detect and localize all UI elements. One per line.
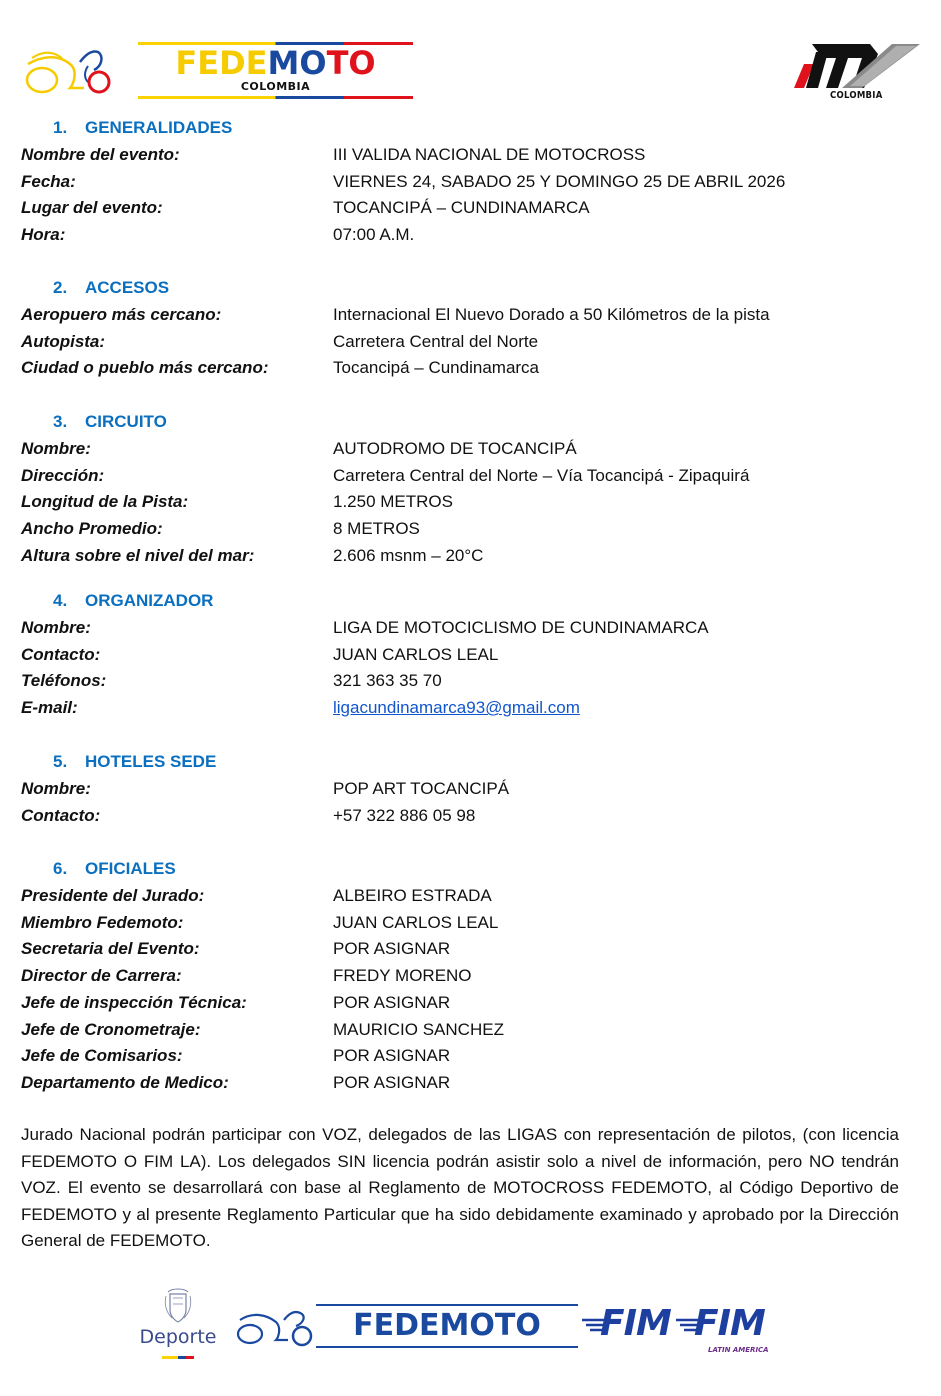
field-label: Teléfonos:: [21, 671, 106, 691]
flag-stripe: [162, 1356, 194, 1359]
section-number: 4.: [53, 591, 85, 611]
field-label: Ciudad o pueblo más cercano:: [21, 358, 269, 378]
info-row: Contacto:+57 322 886 05 98: [21, 806, 921, 832]
info-row: Fecha:VIERNES 24, SABADO 25 Y DOMINGO 25…: [21, 172, 921, 198]
field-label: Departamento de Medico:: [21, 1073, 229, 1093]
info-row: Ancho Promedio:8 METROS: [21, 519, 921, 545]
field-value: 07:00 A.M.: [333, 225, 414, 245]
info-row: Teléfonos: 321 363 35 70: [21, 671, 921, 697]
field-value: III VALIDA NACIONAL DE MOTOCROSS: [333, 145, 645, 165]
info-row: E-mail:ligacundinamarca93@gmail.com: [21, 698, 921, 724]
flag-stripe: [138, 96, 413, 99]
section-number: 5.: [53, 752, 85, 772]
field-value: Internacional El Nuevo Dorado a 50 Kilóm…: [333, 305, 770, 325]
mx-colombia-logo: COLOMBIA: [792, 42, 924, 104]
field-label: Secretaria del Evento:: [21, 939, 200, 959]
fedemoto-wordmark: FEDEMOTO COLOMBIA: [138, 40, 413, 102]
field-label: Lugar del evento:: [21, 198, 163, 218]
field-value: POP ART TOCANCIPÁ: [333, 779, 509, 799]
info-row: Ciudad o pueblo más cercano:Tocancipá – …: [21, 358, 921, 384]
info-row: Nombre:POP ART TOCANCIPÁ: [21, 779, 921, 805]
field-label: Contacto:: [21, 645, 100, 665]
field-value: VIERNES 24, SABADO 25 Y DOMINGO 25 DE AB…: [333, 172, 785, 192]
field-label: Aeropuero más cercano:: [21, 305, 221, 325]
info-row: Jefe de inspección Técnica:POR ASIGNAR: [21, 993, 921, 1019]
info-row: Nombre del evento:III VALIDA NACIONAL DE…: [21, 145, 921, 171]
info-row: Departamento de Medico:POR ASIGNAR: [21, 1073, 921, 1099]
field-label: Jefe de Cronometraje:: [21, 1020, 201, 1040]
section-title: ACCESOS: [85, 278, 169, 297]
fim-text: FIM: [600, 1302, 671, 1346]
field-value: POR ASIGNAR: [333, 993, 450, 1013]
fim-la-subtitle: LATIN AMERICA: [708, 1346, 769, 1354]
field-label: Nombre:: [21, 439, 91, 459]
info-row: Autopista:Carretera Central del Norte: [21, 332, 921, 358]
info-row: Aeropuero más cercano:Internacional El N…: [21, 305, 921, 331]
motorcycle-icon: [236, 1308, 316, 1348]
field-value: 8 METROS: [333, 519, 420, 539]
field-value: ligacundinamarca93@gmail.com: [333, 698, 580, 718]
section-title: ORGANIZADOR: [85, 591, 213, 610]
logo-subtitle: COLOMBIA: [138, 80, 413, 93]
info-row: Jefe de Comisarios:POR ASIGNAR: [21, 1046, 921, 1072]
field-value: Tocancipá – Cundinamarca: [333, 358, 539, 378]
field-value: 1.250 METROS: [333, 492, 453, 512]
fedemoto-footer-logo: FEDEMOTO: [316, 1304, 578, 1348]
field-value: POR ASIGNAR: [333, 939, 450, 959]
field-label: Jefe de Comisarios:: [21, 1046, 183, 1066]
field-label: E-mail:: [21, 698, 78, 718]
section-heading: 5.HOTELES SEDE: [53, 752, 216, 772]
section-number: 3.: [53, 412, 85, 432]
field-label: Ancho Promedio:: [21, 519, 163, 539]
sponsor-footer: Deporte FEDEMOTO FIM FIM LATIN AMERICA: [0, 1280, 941, 1380]
field-label: Dirección:: [21, 466, 104, 486]
deporte-label: Deporte: [133, 1326, 223, 1348]
info-row: Nombre:AUTODROMO DE TOCANCIPÁ: [21, 439, 921, 465]
field-value: AUTODROMO DE TOCANCIPÁ: [333, 439, 577, 459]
info-row: Director de Carrera:FREDY MORENO: [21, 966, 921, 992]
info-row: Presidente del Jurado:ALBEIRO ESTRADA: [21, 886, 921, 912]
field-value: POR ASIGNAR: [333, 1073, 450, 1093]
email-link[interactable]: ligacundinamarca93@gmail.com: [333, 698, 580, 717]
info-row: Dirección:Carretera Central del Norte – …: [21, 466, 921, 492]
info-row: Hora:07:00 A.M.: [21, 225, 921, 251]
fim-la-text: FIM: [694, 1302, 765, 1346]
section-heading: 2.ACCESOS: [53, 278, 169, 298]
section-title: GENERALIDADES: [85, 118, 232, 137]
page-header: FEDEMOTO COLOMBIA COLOMBIA: [0, 0, 941, 110]
field-label: Nombre:: [21, 618, 91, 638]
field-value: +57 322 886 05 98: [333, 806, 475, 826]
logo-text-to: TO: [327, 44, 376, 82]
field-label: Fecha:: [21, 172, 76, 192]
field-label: Contacto:: [21, 806, 100, 826]
info-row: Nombre:LIGA DE MOTOCICLISMO DE CUNDINAMA…: [21, 618, 921, 644]
field-value: Carretera Central del Norte: [333, 332, 538, 352]
info-row: Altura sobre el nivel del mar:2.606 msnm…: [21, 546, 921, 572]
info-row: Jefe de Cronometraje:MAURICIO SANCHEZ: [21, 1020, 921, 1046]
field-label: Presidente del Jurado:: [21, 886, 204, 906]
field-value: TOCANCIPÁ – CUNDINAMARCA: [333, 198, 590, 218]
motorcycle-icon: [22, 44, 117, 98]
field-label: Nombre:: [21, 779, 91, 799]
field-label: Jefe de inspección Técnica:: [21, 993, 247, 1013]
regulation-paragraph: Jurado Nacional podrán participar con VO…: [21, 1122, 899, 1255]
field-value: Carretera Central del Norte – Vía Tocanc…: [333, 466, 749, 486]
field-label: Autopista:: [21, 332, 105, 352]
field-label: Miembro Fedemoto:: [21, 913, 183, 933]
section-title: HOTELES SEDE: [85, 752, 216, 771]
info-row: Secretaria del Evento:POR ASIGNAR: [21, 939, 921, 965]
coat-of-arms-icon: [162, 1286, 194, 1326]
section-heading: 1.GENERALIDADES: [53, 118, 232, 138]
section-number: 1.: [53, 118, 85, 138]
field-value: FREDY MORENO: [333, 966, 472, 986]
field-value: ALBEIRO ESTRADA: [333, 886, 492, 906]
fedemoto-colombia-logo: FEDEMOTO COLOMBIA: [22, 40, 394, 102]
fedemoto-footer-text: FEDEMOTO: [316, 1309, 578, 1343]
field-value: JUAN CARLOS LEAL: [333, 913, 498, 933]
field-value: MAURICIO SANCHEZ: [333, 1020, 504, 1040]
mx-logo-subtitle: COLOMBIA: [830, 90, 883, 101]
field-label: Director de Carrera:: [21, 966, 182, 986]
section-title: CIRCUITO: [85, 412, 167, 431]
info-row: Miembro Fedemoto:JUAN CARLOS LEAL: [21, 913, 921, 939]
field-value: 321 363 35 70: [333, 671, 442, 691]
section-title: OFICIALES: [85, 859, 176, 878]
field-label: Longitud de la Pista:: [21, 492, 188, 512]
field-label: Nombre del evento:: [21, 145, 180, 165]
field-label: Hora:: [21, 225, 65, 245]
deporte-logo: Deporte: [133, 1286, 223, 1366]
logo-text-mo: MO: [268, 44, 327, 82]
section-number: 2.: [53, 278, 85, 298]
section-heading: 6.OFICIALES: [53, 859, 176, 879]
field-value: JUAN CARLOS LEAL: [333, 645, 498, 665]
section-number: 6.: [53, 859, 85, 879]
section-heading: 3.CIRCUITO: [53, 412, 167, 432]
logo-text-fede: FEDE: [175, 44, 267, 82]
info-row: Longitud de la Pista:1.250 METROS: [21, 492, 921, 518]
info-row: Contacto:JUAN CARLOS LEAL: [21, 645, 921, 671]
field-value: LIGA DE MOTOCICLISMO DE CUNDINAMARCA: [333, 618, 709, 638]
field-label: Altura sobre el nivel del mar:: [21, 546, 254, 566]
field-value: 2.606 msnm – 20°C: [333, 546, 483, 566]
info-row: Lugar del evento:TOCANCIPÁ – CUNDINAMARC…: [21, 198, 921, 224]
mx-mark-icon: [792, 42, 924, 92]
section-heading: 4.ORGANIZADOR: [53, 591, 213, 611]
field-value: POR ASIGNAR: [333, 1046, 450, 1066]
